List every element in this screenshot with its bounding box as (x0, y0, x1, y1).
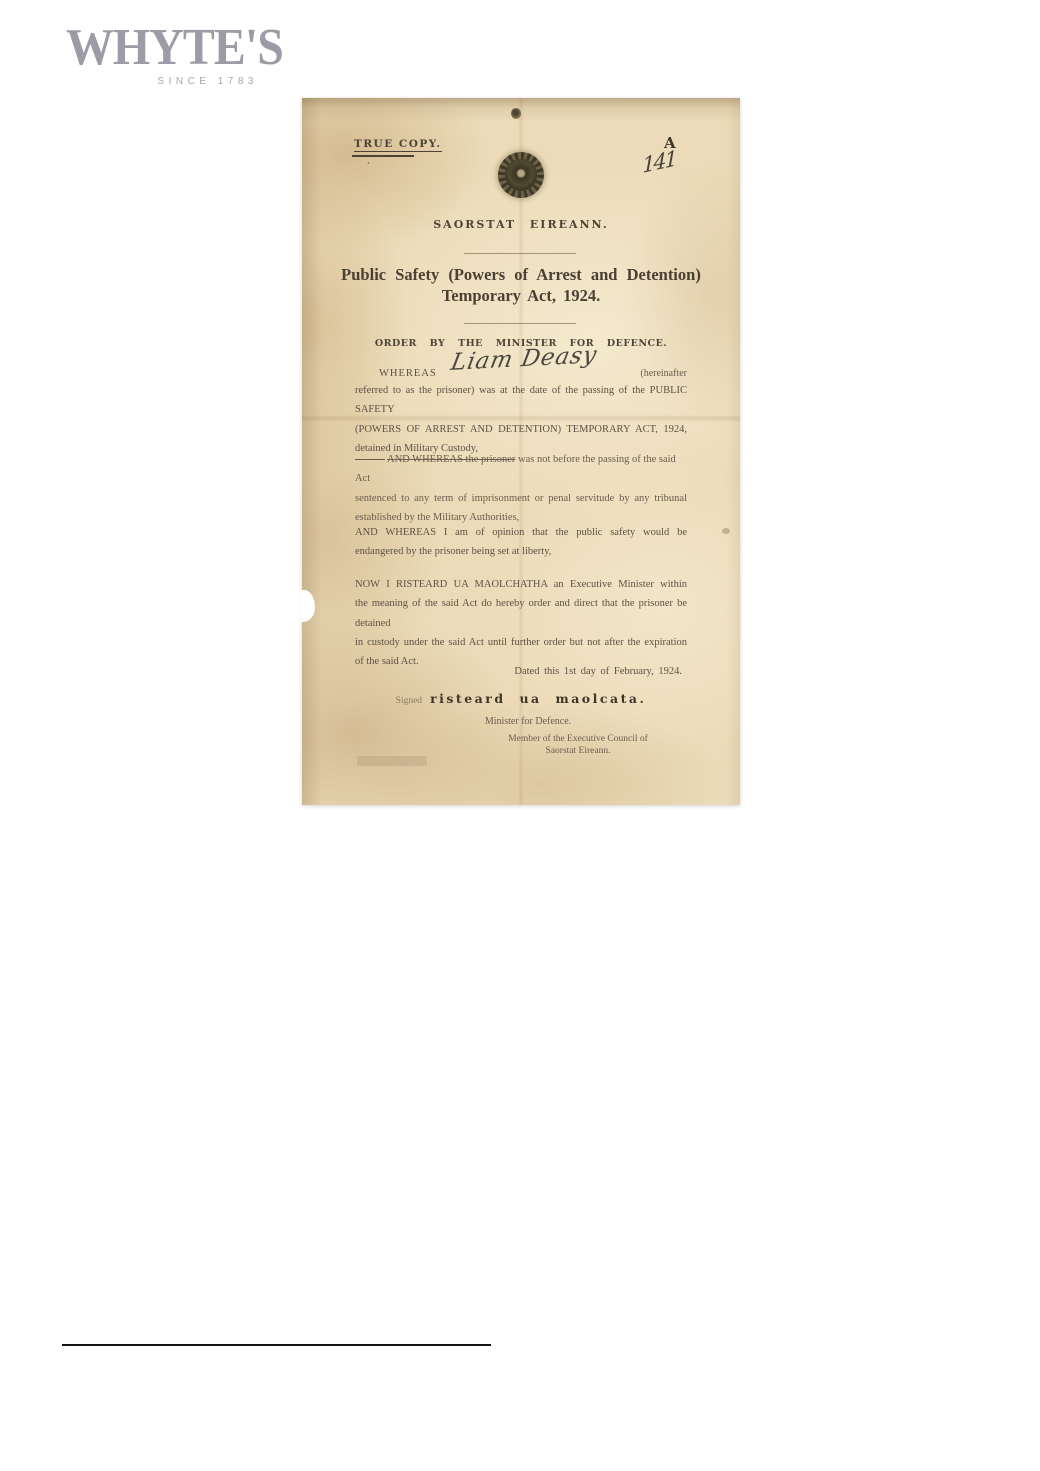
handwritten-number: 141 (642, 146, 675, 178)
seal-center (505, 159, 537, 191)
footnote-divider (62, 1344, 491, 1346)
member-title-line2: Saorstat Eireann. (412, 746, 744, 758)
paragraph-4: NOW I RISTEARD UA MAOLCHATHA an Executiv… (355, 575, 687, 671)
paragraph-2-line1: AND WHEREAS the prisoner was not before … (355, 450, 687, 489)
member-title: Member of the Executive Council of Saors… (412, 734, 744, 757)
dated-line: Dated this 1st day of February, 1924. (302, 666, 682, 677)
paragraph-2: AND WHEREAS the prisoner was not before … (355, 450, 687, 527)
minister-title: Minister for Defence. (362, 716, 694, 727)
handwritten-prisoner-name: Liam Deasy (437, 345, 611, 373)
paragraph-1-line: referred to as the prisoner) was at the … (355, 381, 687, 420)
paragraph-1: referred to as the prisoner) was at the … (355, 381, 687, 458)
act-title: Public Safety (Powers of Arrest and Dete… (324, 264, 718, 306)
struck-text: AND WHEREAS the prisoner (387, 454, 515, 465)
member-title-line1: Member of the Executive Council of (412, 734, 744, 746)
pen-tick-mark: ’ (364, 160, 370, 170)
paragraph-4-line: in custody under the said Act until furt… (355, 633, 687, 652)
paragraph-4-line: NOW I RISTEARD UA MAOLCHATHA an Executiv… (355, 575, 687, 594)
paragraph-3: AND WHEREAS I am of opinion that the pub… (355, 523, 687, 562)
true-copy-label: TRUE COPY. (354, 138, 442, 152)
paragraph-3-line: endangered by the prisoner being set at … (355, 542, 687, 561)
page: WHYTE'S SINCE 1783 TRUE COPY. ’ A 141 SA… (0, 0, 1040, 1471)
signature-name: RISTEARD UA MAOLCATA. (430, 691, 646, 706)
paragraph-4-line: the meaning of the said Act do hereby or… (355, 594, 687, 633)
signed-label: Signed (396, 696, 422, 706)
strike-lead-line (355, 459, 385, 460)
divider-bottom (464, 323, 576, 324)
paragraph-2-line: sentenced to any term of imprisonment or… (355, 489, 687, 508)
brand-tagline: SINCE 1783 (66, 76, 258, 87)
saorstat-eireann-seal-icon (498, 152, 544, 198)
paragraph-1-line: (POWERS OF ARREST AND DETENTION) TEMPORA… (355, 420, 687, 439)
punch-hole-mark (511, 108, 521, 119)
act-title-line2: Temporary Act, 1924. (324, 285, 718, 306)
brand-name: WHYTE'S (66, 22, 250, 74)
document-scan: TRUE COPY. ’ A 141 SAORSTAT EIREANN. Pub… (302, 98, 740, 805)
act-title-line1: Public Safety (Powers of Arrest and Dete… (324, 264, 718, 285)
divider-top (464, 253, 576, 254)
stain-spot (722, 528, 730, 534)
state-title: SAORSTAT EIREANN. (302, 218, 740, 231)
whytes-logo: WHYTE'S SINCE 1783 (66, 22, 266, 87)
signature-row: SignedRISTEARD UA MAOLCATA. (302, 690, 740, 708)
true-copy-underline (352, 155, 414, 157)
paragraph-3-line: AND WHEREAS I am of opinion that the pub… (355, 523, 687, 542)
faint-stamp-mark (357, 756, 427, 766)
paper-tear (300, 590, 315, 622)
